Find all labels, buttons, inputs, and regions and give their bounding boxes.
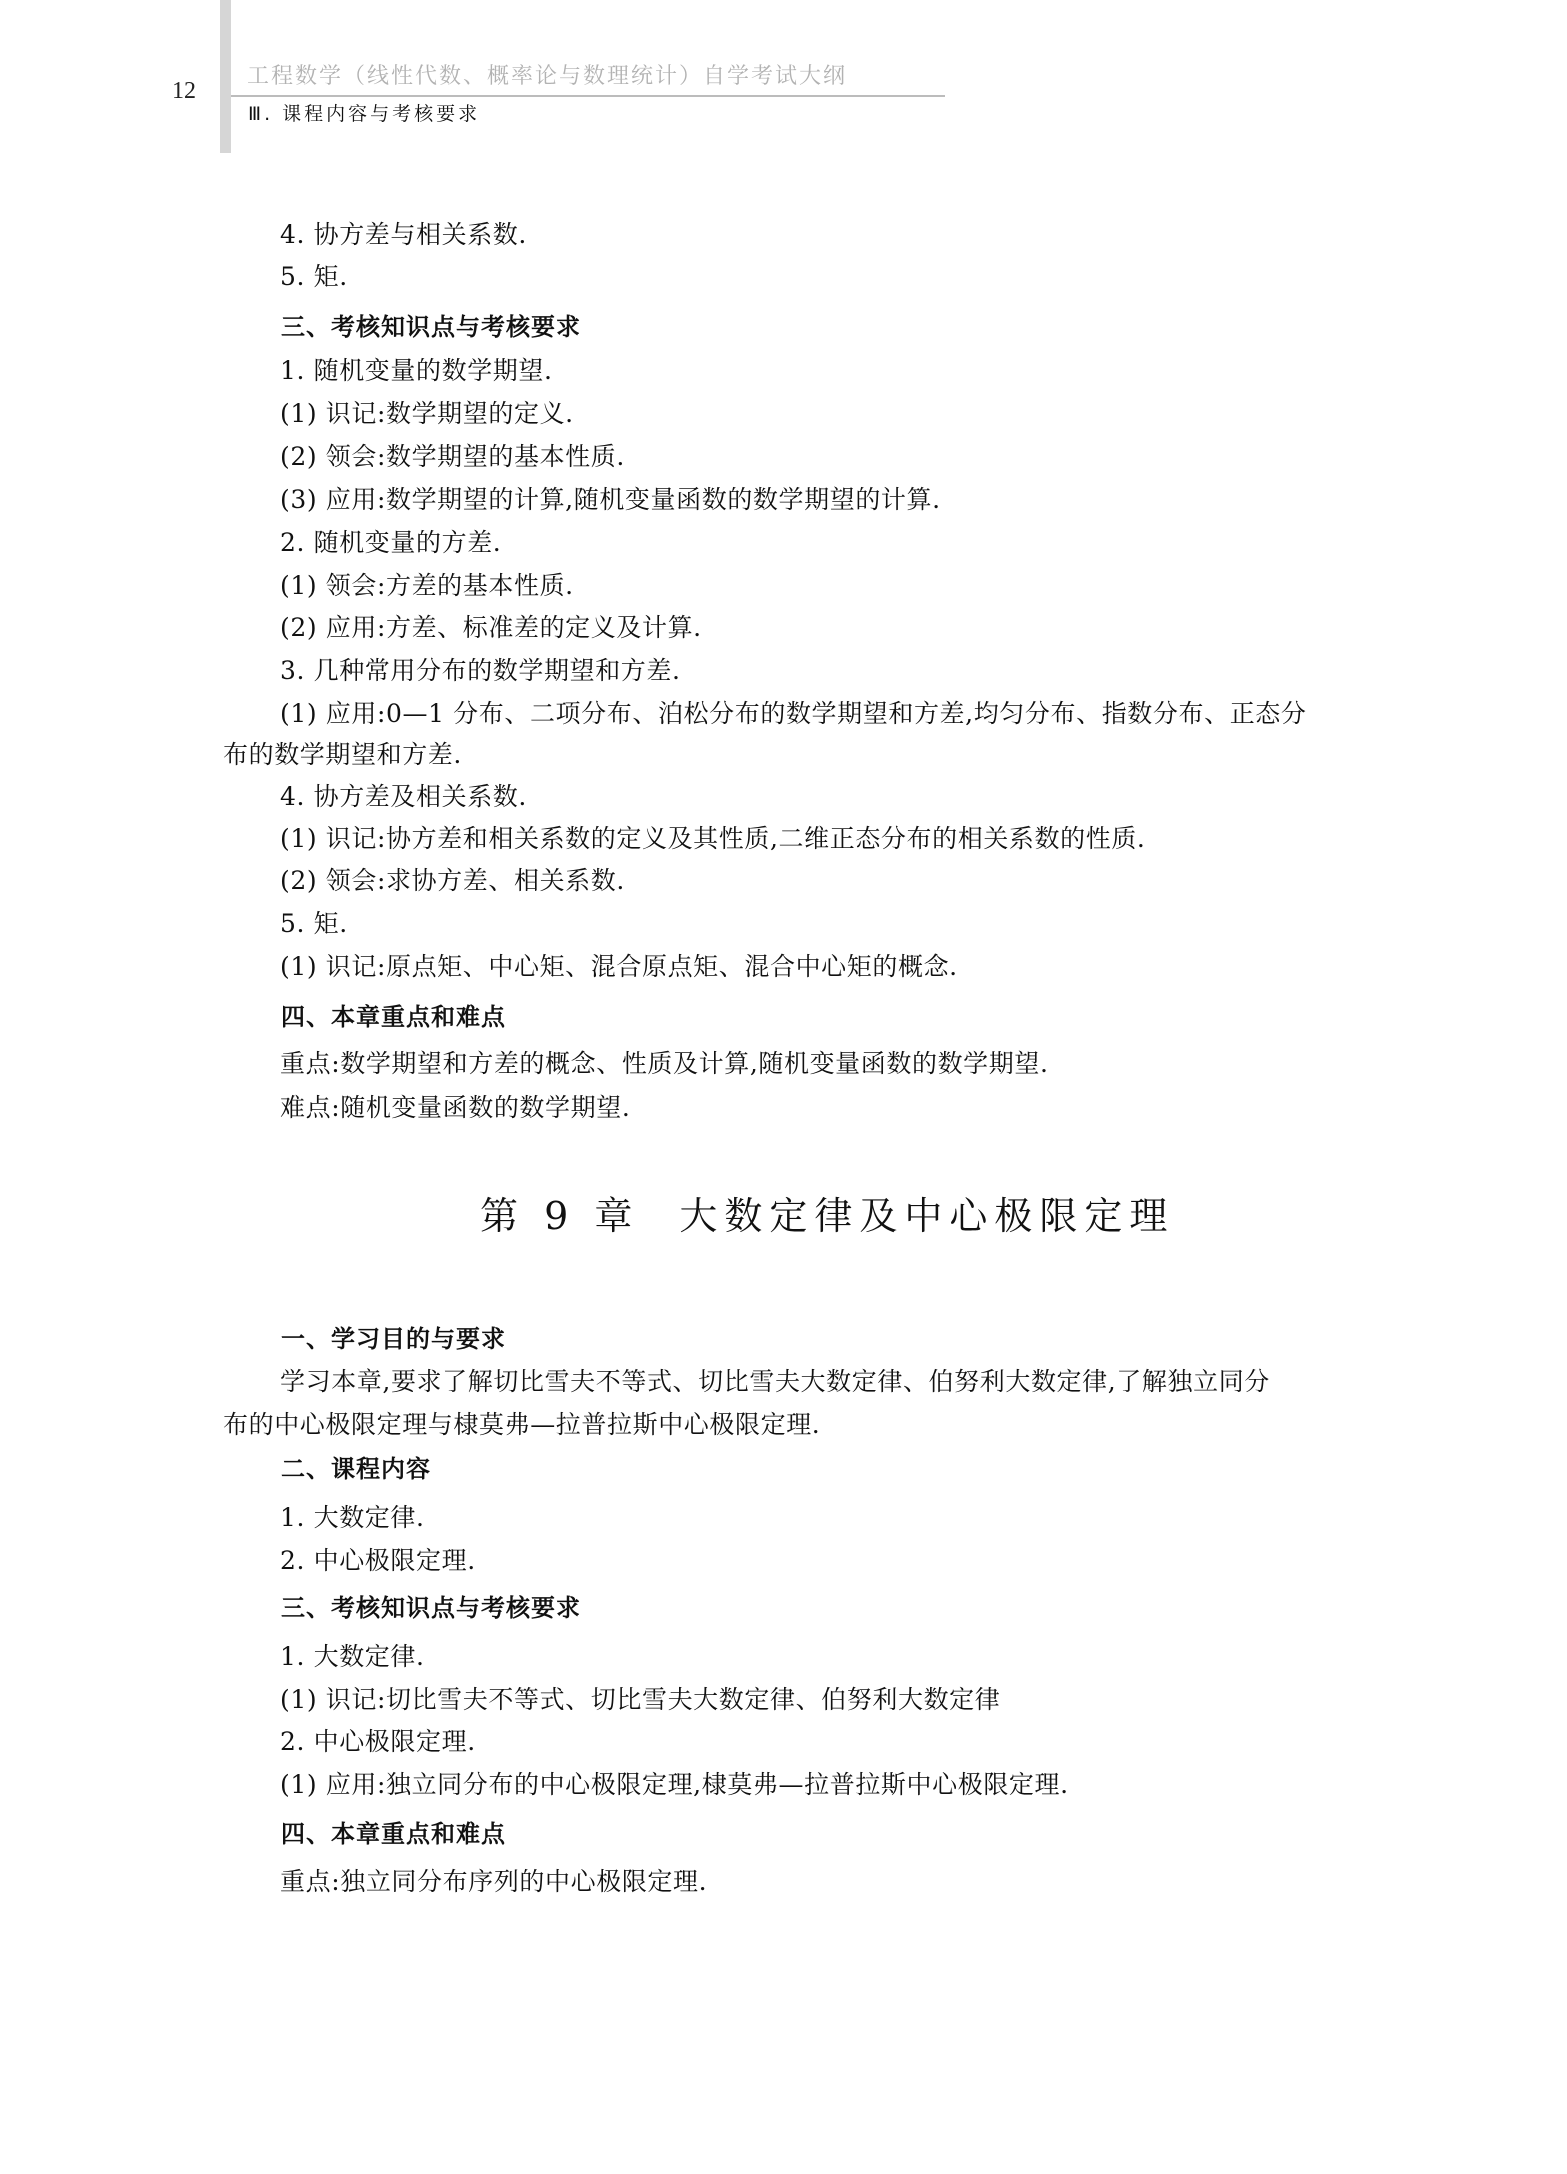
exam-line: 3. 几种常用分布的数学期望和方差. [280,655,681,687]
exam-line: 4. 协方差及相关系数. [280,781,527,813]
exam-line: (1) 应用:独立同分布的中心极限定理,棣莫弗—拉普拉斯中心极限定理. [280,1769,1069,1801]
exam-line: 1. 大数定律. [280,1641,425,1673]
header-side-bar [220,0,231,153]
chapter-title: 第 9 章大数定律及中心极限定理 [480,1194,1174,1238]
exam-line: (1) 识记:协方差和相关系数的定义及其性质,二维正态分布的相关系数的性质. [280,823,1145,855]
content-item: 1. 大数定律. [280,1502,425,1534]
content-item: 4. 协方差与相关系数. [280,219,527,251]
exam-line: 5. 矩. [280,908,348,940]
exam-line: (2) 应用:方差、标准差的定义及计算. [280,612,702,644]
section-heading-key-points: 四、本章重点和难点 [281,1818,506,1850]
section-heading-content: 二、课程内容 [281,1453,431,1485]
content-item: 2. 中心极限定理. [280,1545,476,1577]
difficult-points: 难点:随机变量函数的数学期望. [280,1092,630,1124]
exam-line-continuation: 布的数学期望和方差. [223,739,462,771]
section-heading-exam: 三、考核知识点与考核要求 [281,311,581,343]
chapter-name: 大数定律及中心极限定理 [679,1194,1174,1238]
key-points: 重点:数学期望和方差的概念、性质及计算,随机变量函数的数学期望. [280,1048,1049,1080]
exam-line: (1) 识记:切比雪夫不等式、切比雪夫大数定律、伯努利大数定律 [280,1684,1000,1716]
chapter-number: 第 9 章 [480,1194,639,1238]
exam-line: (1) 领会:方差的基本性质. [280,570,574,602]
section-heading-purpose: 一、学习目的与要求 [281,1323,506,1355]
content-item: 5. 矩. [280,261,348,293]
exam-line: (1) 识记:数学期望的定义. [280,398,574,430]
exam-line: 2. 中心极限定理. [280,1726,476,1758]
exam-line: (1) 识记:原点矩、中心矩、混合原点矩、混合中心矩的概念. [280,951,958,983]
exam-line: 1. 随机变量的数学期望. [280,355,553,387]
section-heading-key-points: 四、本章重点和难点 [281,1001,506,1033]
purpose-line-continuation: 布的中心极限定理与棣莫弗—拉普拉斯中心极限定理. [223,1409,820,1441]
section-subtitle: Ⅲ. 课程内容与考核要求 [248,101,480,127]
exam-line: (2) 领会:求协方差、相关系数. [280,865,625,897]
exam-line: 2. 随机变量的方差. [280,527,501,559]
running-title: 工程数学（线性代数、概率论与数理统计）自学考试大纲 [247,62,847,92]
header-rule [231,95,945,97]
key-points: 重点:独立同分布序列的中心极限定理. [280,1866,707,1898]
exam-line: (2) 领会:数学期望的基本性质. [280,441,625,473]
exam-line: (3) 应用:数学期望的计算,随机变量函数的数学期望的计算. [280,484,941,516]
section-heading-exam: 三、考核知识点与考核要求 [281,1592,581,1624]
page-number: 12 [172,76,196,106]
purpose-line: 学习本章,要求了解切比雪夫不等式、切比雪夫大数定律、伯努利大数定律,了解独立同分 [280,1366,1270,1398]
exam-line: (1) 应用:0—1 分布、二项分布、泊松分布的数学期望和方差,均匀分布、指数分… [280,698,1307,730]
